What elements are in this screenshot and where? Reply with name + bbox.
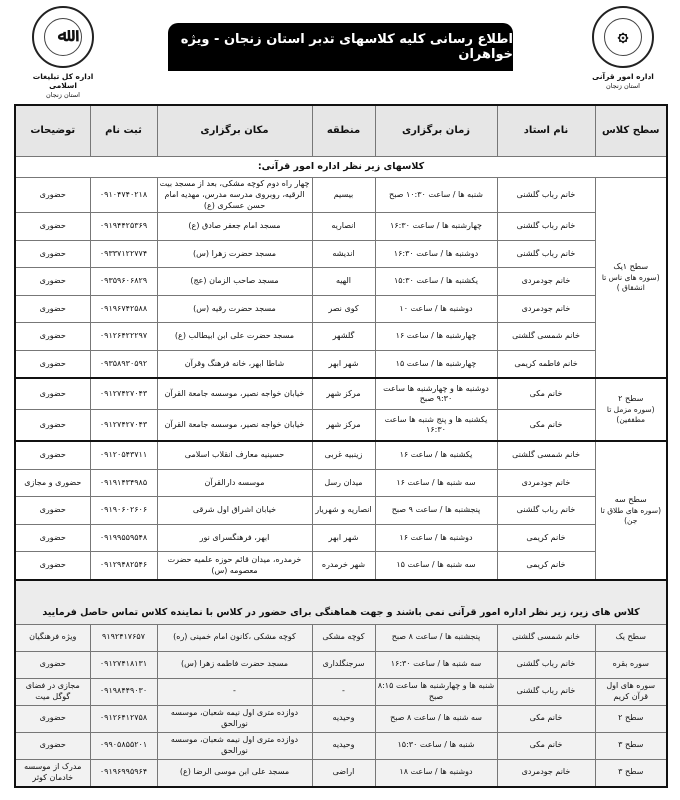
class-area: الهیه xyxy=(312,268,375,296)
col-header-time: زمان برگزاری xyxy=(375,105,497,157)
class-note: حضوری xyxy=(15,323,90,351)
table-row: سوره بقرهخانم رباب گلشنیسه شنبه ها / ساع… xyxy=(15,651,667,678)
teacher-name: خانم رباب گلشنی xyxy=(497,651,595,678)
col-header-registration: ثبت نام xyxy=(90,105,157,157)
teacher-name: خانم رباب گلشنی xyxy=(497,497,595,525)
table-row: خانم کریمیدوشنبه ها / ساعت ۱۶شهر ابهرابه… xyxy=(15,524,667,552)
class-level-cell: سطح ۲(سوره مزمل تا مطففین) xyxy=(595,378,667,441)
teacher-name: خانم جودمردی xyxy=(497,295,595,323)
table-row: خانم شمسی گلشنیچهارشنبه ها / ساعت ۱۶گلشه… xyxy=(15,323,667,351)
col-header-notes: توضیحات xyxy=(15,105,90,157)
teacher-name: خانم رباب گلشنی xyxy=(497,213,595,241)
class-note: حضوری xyxy=(15,350,90,378)
class-time: یکشنبه ها / ساعت ۱۵:۳۰ xyxy=(375,268,497,296)
class-place: ابهر، فرهنگسرای نور xyxy=(157,524,312,552)
class-time: دوشنبه ها / ساعت ۱۰ xyxy=(375,295,497,323)
col-header-place: مکان برگزاری xyxy=(157,105,312,157)
class-place: مسجد امام جعفر صادق (ع) xyxy=(157,213,312,241)
registration-phone: ۰۹۳۵۹۶۰۶۸۲۹ xyxy=(90,268,157,296)
logo-left-line2: استان زنجان xyxy=(18,91,108,99)
class-place: دوازده متری اول نیمه شعبان، موسسه نورالح… xyxy=(157,705,312,732)
class-level: سطح ۲ xyxy=(595,705,667,732)
class-area: انصاریه xyxy=(312,213,375,241)
class-note: حضوری xyxy=(15,240,90,268)
class-place: کوچه مشکی ،کانون امام خمینی (ره) xyxy=(157,624,312,651)
table-row: سطح ۲(سوره مزمل تا مطففین)خانم مکیدوشنبه… xyxy=(15,378,667,410)
class-area: مرکز شهر xyxy=(312,410,375,442)
registration-phone: ۰۹۹۰۵۸۵۵۲۰۱ xyxy=(90,732,157,759)
teacher-name: خانم جودمردی xyxy=(497,268,595,296)
propagation-office-logo: ﷲ اداره کل تبلیغات اسلامی استان زنجان xyxy=(18,6,108,99)
class-place: مسجد حضرت فاطمه زهرا (س) xyxy=(157,651,312,678)
registration-phone: ۰۹۳۳۷۱۲۲۷۷۴ xyxy=(90,240,157,268)
class-level-range: (سوره های طلاق تا جن) xyxy=(598,506,665,526)
table-row: سوره های اول قرآن کریمخانم رباب گلشنیشنب… xyxy=(15,678,667,705)
class-area: کوی نصر xyxy=(312,295,375,323)
table-row: خانم فاطمه کریمیچهارشنبه ها / ساعت ۱۵شهر… xyxy=(15,350,667,378)
table-row: خانم جودمردیسه شنبه ها / ساعت ۱۶میدان رس… xyxy=(15,469,667,497)
registration-phone: ۰۹۱۲۷۴۱۸۱۳۱ xyxy=(90,651,157,678)
class-note: حضوری xyxy=(15,378,90,410)
class-place: حسینیه معارف انقلاب اسلامی xyxy=(157,441,312,469)
class-area: گلشهر xyxy=(312,323,375,351)
table-row: خانم جودمردییکشنبه ها / ساعت ۱۵:۳۰الهیهم… xyxy=(15,268,667,296)
teacher-name: خانم جودمردی xyxy=(497,759,595,787)
logo-right-line1: اداره امور قرآنی xyxy=(578,72,668,81)
class-area: مرکز شهر xyxy=(312,378,375,410)
class-level: سطح یک xyxy=(595,624,667,651)
class-place: شاطا ابهر، خانه فرهنگ وقرآن xyxy=(157,350,312,378)
class-time: سه شنبه ها / ساعت ۱۶ xyxy=(375,469,497,497)
teacher-name: خانم شمسی گلشنی xyxy=(497,624,595,651)
class-note: حضوری xyxy=(15,651,90,678)
quran-affairs-logo: ۞ اداره امور قرآنی استان زنجان xyxy=(578,6,668,90)
class-level-range: (سوره مزمل تا مطففین) xyxy=(598,405,665,425)
class-time: پنجشنبه ها / ساعت ۸ صبح xyxy=(375,624,497,651)
class-place: مسجد حضرت رقیه (س) xyxy=(157,295,312,323)
teacher-name: خانم کریمی xyxy=(497,552,595,580)
class-time: یکشنبه ها و پنج شنبه ها ساعت ۱۶:۳۰ xyxy=(375,410,497,442)
registration-phone: ۰۹۱۰۴۷۴۰۲۱۸ xyxy=(90,178,157,213)
table-row: خانم رباب گلشنیدوشنبه ها / ساعت ۱۶:۳۰اند… xyxy=(15,240,667,268)
table-row: سطح سه(سوره های طلاق تا جن)خانم شمسی گلش… xyxy=(15,441,667,469)
table-row: خانم جودمردیدوشنبه ها / ساعت ۱۰کوی نصرمس… xyxy=(15,295,667,323)
class-time: شنبه ها / ساعت ۱۰:۳۰ صبح xyxy=(375,178,497,213)
class-note: حضوری xyxy=(15,552,90,580)
class-place: مسجد صاحب الزمان (عج) xyxy=(157,268,312,296)
teacher-name: خانم شمسی گلشنی xyxy=(497,323,595,351)
quran-affairs-emblem-icon: ۞ xyxy=(592,6,654,68)
class-place: خیابان خواجه نصیر، موسسه جامعة القرآن xyxy=(157,378,312,410)
teacher-name: خانم شمسی گلشنی xyxy=(497,441,595,469)
class-time: پنجشنبه ها / ساعت ۹ صبح xyxy=(375,497,497,525)
class-place: چهار راه دوم کوچه مشکی، بعد از مسجد بیت … xyxy=(157,178,312,213)
class-time: چهارشنبه ها / ساعت ۱۵ xyxy=(375,350,497,378)
class-place: مسجد حضرت زهرا (س) xyxy=(157,240,312,268)
class-level: سطح سه xyxy=(615,495,647,504)
class-note: حضوری xyxy=(15,705,90,732)
section-title-row: کلاس های زیر، زیر نظر اداره امور قرآنی ن… xyxy=(15,580,667,625)
class-note: حضوری xyxy=(15,268,90,296)
registration-phone: ۰۹۱۲۶۴۲۲۲۹۷ xyxy=(90,323,157,351)
registration-phone: ۰۹۳۵۸۹۳۰۵۹۲ xyxy=(90,350,157,378)
registration-phone: ۰۹۱۹۰۶۰۲۶۰۶ xyxy=(90,497,157,525)
class-place: دوازده متری اول نیمه شعبان، موسسه نورالح… xyxy=(157,732,312,759)
class-time: دوشنبه ها و چهارشنبه ها ساعت ۹:۳۰ صبح xyxy=(375,378,497,410)
table-row: خانم کریمیسه شنبه ها / ساعت ۱۵شهر خرمدره… xyxy=(15,552,667,580)
class-area: کوچه مشکی xyxy=(312,624,375,651)
table-row: خانم رباب گلشنیپنجشنبه ها / ساعت ۹ صبحان… xyxy=(15,497,667,525)
teacher-name: خانم رباب گلشنی xyxy=(497,178,595,213)
teacher-name: خانم مکی xyxy=(497,705,595,732)
class-time: سه شنبه ها / ساعت ۱۶:۳۰ xyxy=(375,651,497,678)
table-row: خانم مکییکشنبه ها و پنج شنبه ها ساعت ۱۶:… xyxy=(15,410,667,442)
class-time: سه شنبه ها / ساعت ۸ صبح xyxy=(375,705,497,732)
class-area: میدان رسل xyxy=(312,469,375,497)
registration-phone: ۰۹۱۹۹۵۵۹۵۴۸ xyxy=(90,524,157,552)
class-level: سوره های اول قرآن کریم xyxy=(595,678,667,705)
class-area: اندیشه xyxy=(312,240,375,268)
section-title: کلاسهای زیر نظر اداره امور قرآنی: xyxy=(15,157,667,178)
registration-phone: ۰۹۱۹۱۴۳۴۹۸۵ xyxy=(90,469,157,497)
logo-right-line2: استان زنجان xyxy=(578,82,668,90)
registration-phone: ۹۱۹۲۴۱۷۶۵۷ xyxy=(90,624,157,651)
class-place: موسسه دارالقرآن xyxy=(157,469,312,497)
class-area: زینبیه غربی xyxy=(312,441,375,469)
class-place: مسجد حضرت علی ابن ابیطالب (ع) xyxy=(157,323,312,351)
teacher-name: خانم مکی xyxy=(497,732,595,759)
class-note: حضوری xyxy=(15,524,90,552)
class-area: بیسیم xyxy=(312,178,375,213)
registration-phone: ۰۹۱۹۶۹۹۵۹۶۴ xyxy=(90,759,157,787)
registration-phone: ۰۹۱۹۸۴۴۹۰۳۰ xyxy=(90,678,157,705)
class-place: - xyxy=(157,678,312,705)
islamic-propagation-emblem-icon: ﷲ xyxy=(32,6,94,68)
registration-phone: ۰۹۱۲۰۵۴۳۷۱۱ xyxy=(90,441,157,469)
class-note: حضوری xyxy=(15,178,90,213)
class-time: دوشنبه ها / ساعت ۱۶:۳۰ xyxy=(375,240,497,268)
class-time: چهارشنبه ها / ساعت ۱۶ xyxy=(375,323,497,351)
class-note: حضوری xyxy=(15,497,90,525)
class-time: یکشنبه ها / ساعت ۱۶ xyxy=(375,441,497,469)
section-title-row: کلاسهای زیر نظر اداره امور قرآنی: xyxy=(15,157,667,178)
class-note: حضوری xyxy=(15,732,90,759)
class-level-cell: سطح ۱یک(سوره های ناس تا انشقاق ) xyxy=(595,178,667,379)
class-place: مسجد علی ابن موسی الرضا (ع) xyxy=(157,759,312,787)
class-area: شهر ابهر xyxy=(312,350,375,378)
table-row: سطح ۳خانم مکیشنبه ها / ساعت ۱۵:۳۰وحیدیهد… xyxy=(15,732,667,759)
class-area: شهر خرمدره xyxy=(312,552,375,580)
class-note: مدرک از موسسه خادمان کوثر xyxy=(15,759,90,787)
class-time: دوشنبه ها / ساعت ۱۶ xyxy=(375,524,497,552)
table-header-row: سطح کلاس نام استاد زمان برگزاری منطقه مک… xyxy=(15,105,667,157)
registration-phone: ۰۹۱۲۷۴۲۷۰۴۳ xyxy=(90,410,157,442)
teacher-name: خانم فاطمه کریمی xyxy=(497,350,595,378)
class-time: دوشنبه ها / ساعت ۱۸ xyxy=(375,759,497,787)
class-note: ویژه فرهنگیان xyxy=(15,624,90,651)
class-level: سوره بقره xyxy=(595,651,667,678)
table-row: سطح ۱یک(سوره های ناس تا انشقاق )خانم ربا… xyxy=(15,178,667,213)
registration-phone: ۰۹۱۹۴۴۲۵۳۶۹ xyxy=(90,213,157,241)
class-area: - xyxy=(312,678,375,705)
table-row: خانم رباب گلشنیچهارشنبه ها / ساعت ۱۶:۳۰ا… xyxy=(15,213,667,241)
class-level-range: (سوره های ناس تا انشقاق ) xyxy=(598,273,665,293)
class-area: اراضی xyxy=(312,759,375,787)
class-place: خرمدره، میدان قائم حوزه علمیه حضرت معصوم… xyxy=(157,552,312,580)
col-header-teacher: نام استاد xyxy=(497,105,595,157)
registration-phone: ۰۹۱۲۹۴۸۲۵۴۶ xyxy=(90,552,157,580)
class-time: سه شنبه ها / ساعت ۱۵ xyxy=(375,552,497,580)
class-level: سطح ۳ xyxy=(595,732,667,759)
teacher-name: خانم رباب گلشنی xyxy=(497,240,595,268)
table-row: سطح ۳خانم جودمردیدوشنبه ها / ساعت ۱۸اراض… xyxy=(15,759,667,787)
registration-phone: ۰۹۱۲۷۴۲۷۰۴۳ xyxy=(90,378,157,410)
table-row: سطح یکخانم شمسی گلشنیپنجشنبه ها / ساعت ۸… xyxy=(15,624,667,651)
class-place: خیابان اشراق اول شرقی xyxy=(157,497,312,525)
class-note: حضوری xyxy=(15,441,90,469)
class-area: سرجنگلداری xyxy=(312,651,375,678)
class-level-cell: سطح سه(سوره های طلاق تا جن) xyxy=(595,441,667,580)
page-title: اطلاع رسانی کلیه کلاسهای تدبر استان زنجا… xyxy=(168,23,513,71)
teacher-name: خانم جودمردی xyxy=(497,469,595,497)
class-note: مجازی در فضای گوگل میت xyxy=(15,678,90,705)
teacher-name: خانم مکی xyxy=(497,410,595,442)
class-time: چهارشنبه ها / ساعت ۱۶:۳۰ xyxy=(375,213,497,241)
registration-phone: ۰۹۱۲۶۴۱۲۷۵۸ xyxy=(90,705,157,732)
class-time: شنبه ها / ساعت ۱۵:۳۰ xyxy=(375,732,497,759)
registration-phone: ۰۹۱۹۶۷۴۲۵۸۸ xyxy=(90,295,157,323)
class-time: شنبه ها و چهارشنبه ها ساعت ۸:۱۵ صبح xyxy=(375,678,497,705)
col-header-level: سطح کلاس xyxy=(595,105,667,157)
section-title: کلاس های زیر، زیر نظر اداره امور قرآنی ن… xyxy=(15,580,667,625)
table-row: سطح ۲خانم مکیسه شنبه ها / ساعت ۸ صبحوحید… xyxy=(15,705,667,732)
class-note: حضوری xyxy=(15,410,90,442)
class-level: سطح ۱یک xyxy=(613,262,648,271)
class-note: حضوری و مجازی xyxy=(15,469,90,497)
logo-left-line1: اداره کل تبلیغات اسلامی xyxy=(18,72,108,90)
teacher-name: خانم کریمی xyxy=(497,524,595,552)
class-area: وحیدیه xyxy=(312,732,375,759)
teacher-name: خانم مکی xyxy=(497,378,595,410)
class-area: انصاریه و شهریار xyxy=(312,497,375,525)
teacher-name: خانم رباب گلشنی xyxy=(497,678,595,705)
class-level: سطح ۲ xyxy=(618,394,643,403)
class-schedule-table: سطح کلاس نام استاد زمان برگزاری منطقه مک… xyxy=(14,104,668,788)
class-note: حضوری xyxy=(15,213,90,241)
class-area: شهر ابهر xyxy=(312,524,375,552)
class-area: وحیدیه xyxy=(312,705,375,732)
col-header-area: منطقه xyxy=(312,105,375,157)
class-level: سطح ۳ xyxy=(595,759,667,787)
class-place: خیابان خواجه نصیر، موسسه جامعة القرآن xyxy=(157,410,312,442)
class-note: حضوری xyxy=(15,295,90,323)
